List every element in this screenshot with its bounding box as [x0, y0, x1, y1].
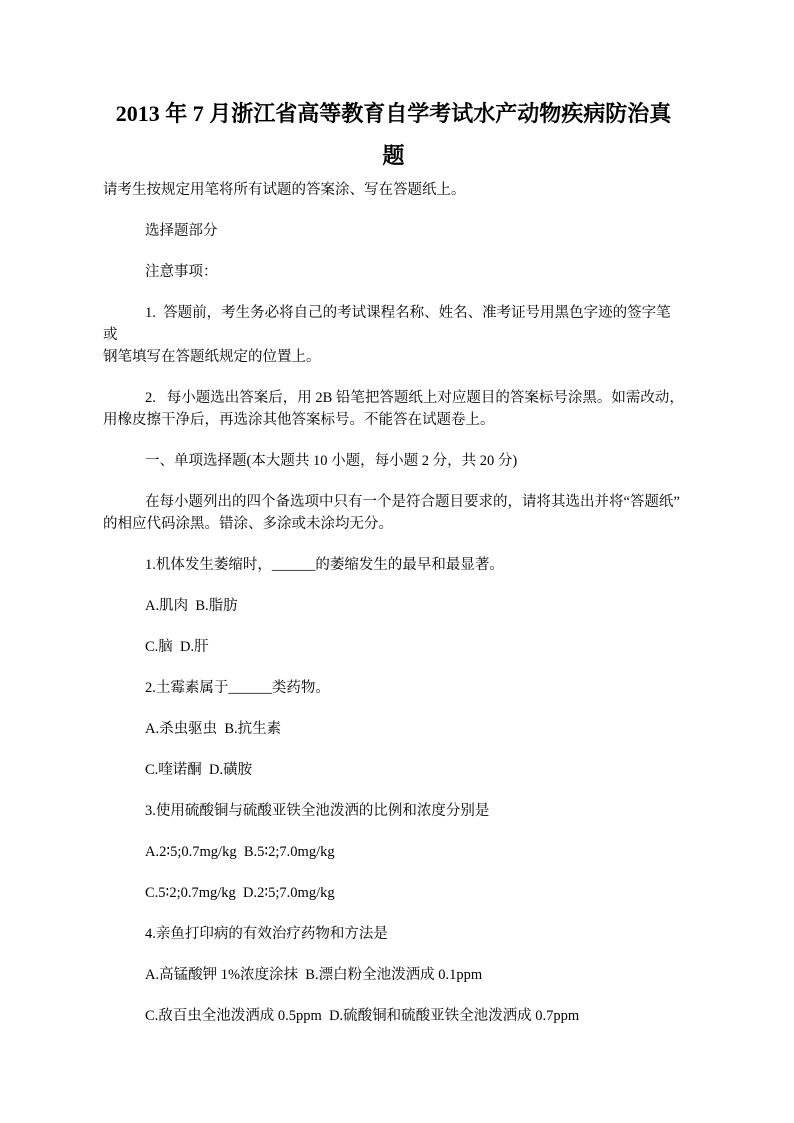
question-4: 4.亲鱼打印病的有效治疗药物和方法是	[103, 923, 684, 945]
question-2: 2.土霉素属于______类药物。	[103, 677, 684, 699]
document-page: 2013 年 7 月浙江省高等教育自学考试水产动物疾病防治真 题 请考生按规定用…	[0, 0, 794, 1123]
exam-notice: 请考生按规定用笔将所有试题的答案涂、写在答题纸上。	[103, 179, 684, 201]
notes-heading: 注意事项：	[103, 261, 684, 283]
section-1-instruction: 在每小题列出的四个备选项中只有一个是符合题目要求的，请将其选出并将“答题纸” 的…	[103, 491, 684, 535]
question-3-options-ab: A.2∶5;0.7mg/kg B.5∶2;7.0mg/kg	[103, 841, 684, 863]
question-1-options-cd: C.脑 D.肝	[103, 636, 684, 658]
question-1: 1.机体发生萎缩时，______的萎缩发生的最早和最显著。	[103, 554, 684, 576]
document-title: 2013 年 7 月浙江省高等教育自学考试水产动物疾病防治真 题	[103, 93, 684, 177]
note-1: 1. 答题前，考生务必将自己的考试课程名称、姓名、准考证号用黑色字迹的签字笔或 …	[103, 302, 684, 368]
question-4-options-cd: C.敌百虫全池泼洒成 0.5ppm D.硫酸铜和硫酸亚铁全池泼洒成 0.7ppm	[103, 1005, 684, 1027]
question-2-options-cd: C.喹诺酮 D.磺胺	[103, 759, 684, 781]
question-3: 3.使用硫酸铜与硫酸亚铁全池泼洒的比例和浓度分别是	[103, 800, 684, 822]
question-3-options-cd: C.5∶2;0.7mg/kg D.2∶5;7.0mg/kg	[103, 882, 684, 904]
section-heading: 选择题部分	[103, 220, 684, 242]
section-1-title: 一、单项选择题(本大题共 10 小题，每小题 2 分，共 20 分)	[103, 450, 684, 472]
document-body: 请考生按规定用笔将所有试题的答案涂、写在答题纸上。选择题部分注意事项：1. 答题…	[103, 179, 684, 1027]
question-1-options-ab: A.肌肉 B.脂肪	[103, 595, 684, 617]
question-4-options-ab: A.高锰酸钾 1%浓度涂抹 B.漂白粉全池泼洒成 0.1ppm	[103, 964, 684, 986]
note-2: 2. 每小题选出答案后，用 2B 铅笔把答题纸上对应题目的答案标号涂黑。如需改动…	[103, 387, 684, 431]
question-2-options-ab: A.杀虫驱虫 B.抗生素	[103, 718, 684, 740]
